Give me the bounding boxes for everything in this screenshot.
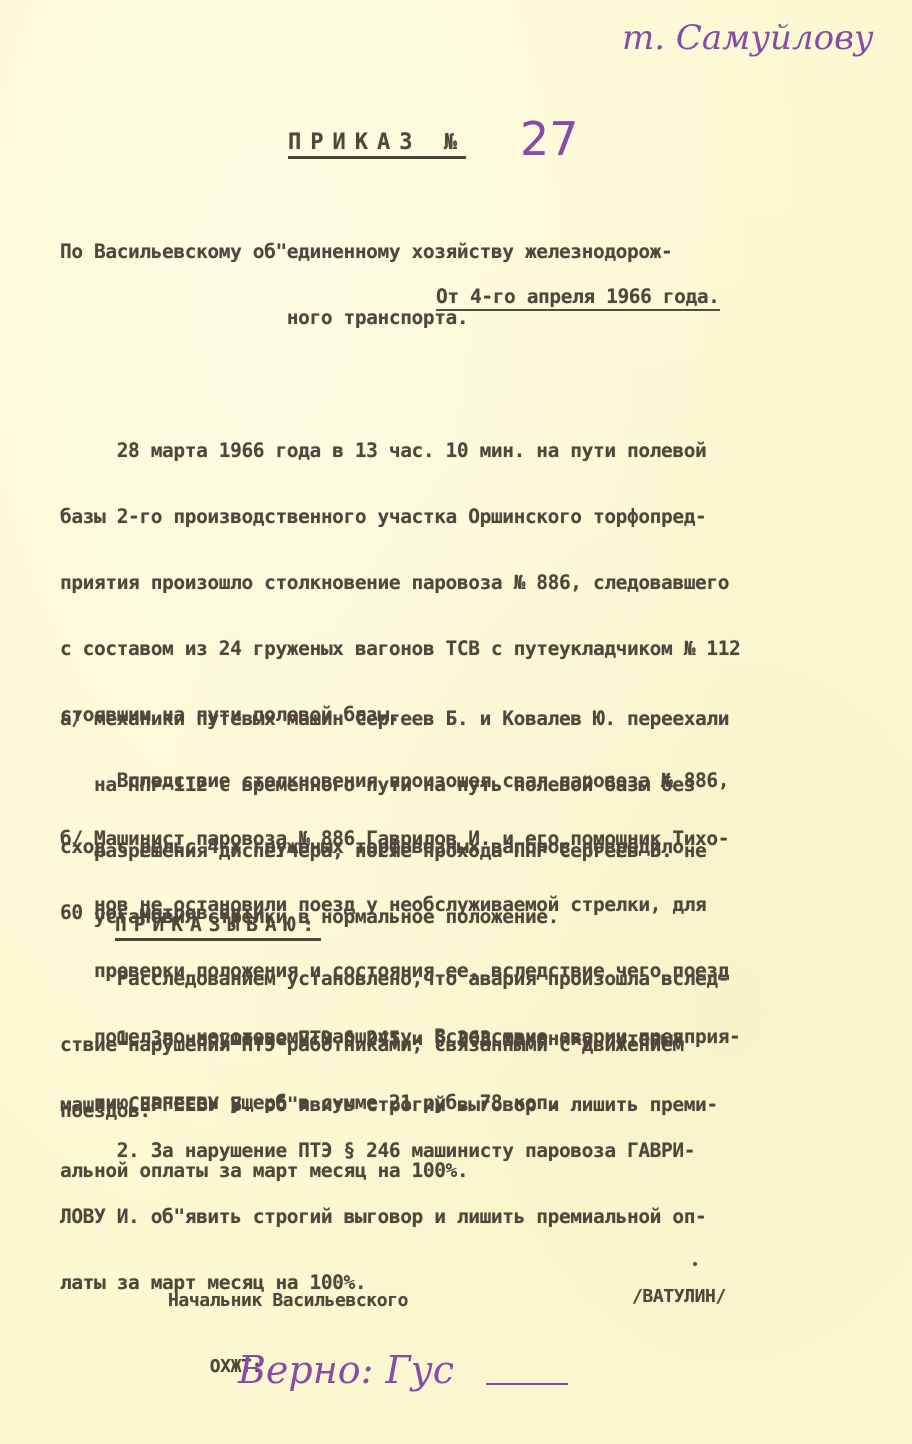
text-line: 2. За нарушение ПТЭ § 246 машинисту паро…	[60, 1140, 706, 1162]
order-date: От 4-го апреля 1966 года.	[436, 286, 720, 311]
text-line: 1. За нарушение ПТЭ § 245 и § 263 механи…	[60, 1028, 718, 1050]
organization-line: По Васильевскому об"единенному хозяйству…	[60, 197, 672, 351]
order-title: ПРИКАЗ №	[288, 132, 466, 159]
text-line: проверки положения и состояния ее, вслед…	[60, 960, 740, 982]
ink-dot	[693, 1262, 697, 1266]
order-number-handwritten: 27	[520, 112, 579, 166]
text-line: базы 2-го производственного участка Орши…	[60, 506, 740, 528]
signatory-name: /ВАТУЛИН/	[632, 1286, 726, 1308]
text-line: а/ механики путевых машин Сергеев Б. и К…	[60, 708, 729, 730]
text-line: приятия произошло столкновение паровоза …	[60, 572, 740, 594]
orders-heading: ПРИКАЗЫВАЮ:	[115, 914, 321, 941]
organization-line-1: По Васильевскому об"единенному хозяйству…	[60, 241, 672, 263]
text-line: ЛОВУ И. об"явить строгий выговор и лишит…	[60, 1206, 706, 1228]
text-line: Начальник Васильевского	[168, 1290, 408, 1312]
handwritten-dash	[486, 1383, 568, 1385]
text-line: б/ Машинист паровоза № 886 Гаврилов И. и…	[60, 828, 740, 850]
handwritten-addressee: т. Самуйлову	[622, 18, 874, 58]
text-line: с составом из 24 груженых вагонов ТСВ с …	[60, 638, 740, 660]
handwritten-verification: Верно: Гус	[238, 1348, 454, 1392]
text-line: 28 марта 1966 года в 13 час. 10 мин. на …	[60, 440, 740, 462]
